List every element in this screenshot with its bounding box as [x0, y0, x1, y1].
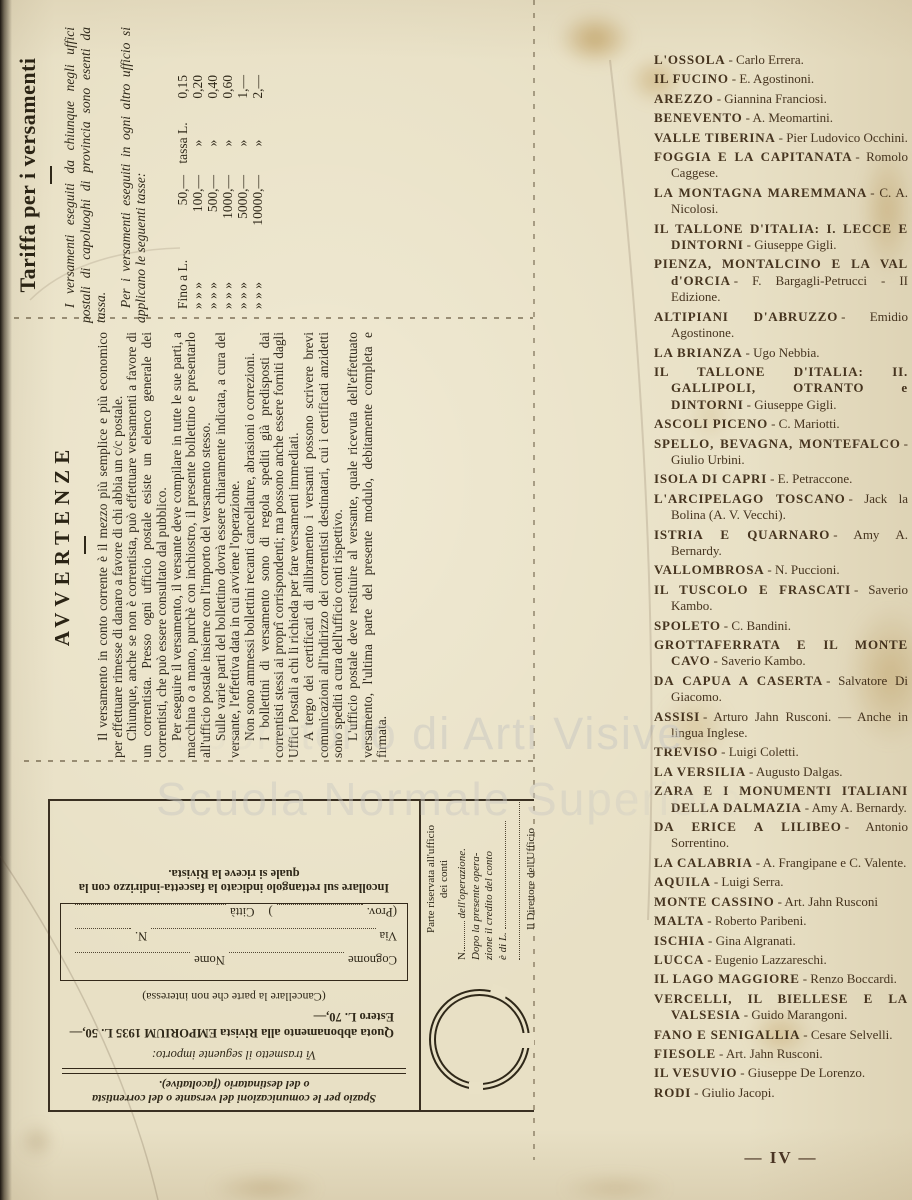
entry-title: L'ARCIPELAGO TOSCANO [654, 491, 846, 506]
entry-author: - Arturo Jahn Rusconi. — Anche in lingua… [671, 709, 908, 740]
entry-title: VALLOMBROSA [654, 562, 764, 577]
entry-title: BENEVENTO [654, 110, 743, 125]
stamp-gap [469, 1082, 483, 1094]
dotted-leader [229, 952, 344, 964]
credit-line-2: zione il credito del conto [483, 798, 496, 960]
catalog-entry: LA CALABRIA- A. Frangipane e C. Valente. [654, 855, 908, 871]
quota-line: Quota abbonamento alla Rivista EMPORIUM … [48, 1025, 394, 1040]
n-label: N. [456, 949, 468, 960]
catalog-entry: LA MONTAGNA MAREMMANA- C. A. Nicolosi. [654, 185, 908, 218]
dotted-line [510, 798, 524, 960]
entry-title: SPELLO, BEVAGNA, MONTEFALCO [654, 436, 901, 451]
entry-title: ISCHIA [654, 933, 705, 948]
entry-author: - Ugo Nebbia. [746, 345, 820, 360]
stain [190, 1168, 340, 1200]
tariff-title: Tariffa per i versamenti [15, 25, 41, 325]
tariff-tax-label: » [250, 111, 265, 175]
entry-title: SPOLETO [654, 618, 721, 633]
heading-rule [84, 536, 86, 554]
catalog-entry: RODI- Giulio Jacopi. [654, 1085, 908, 1101]
catalog-entry: AREZZO- Giannina Franciosi. [654, 91, 908, 107]
entry-title: L'OSSOLA [654, 52, 725, 67]
spazio-line-1: Spazio per le comunicazioni del versante… [48, 1092, 420, 1106]
catalog-entry: DA CAPUA A CASERTA- Salvatore Di Giacomo… [654, 673, 908, 706]
entry-title: MALTA [654, 913, 704, 928]
tariff-range-label: » » » [220, 237, 235, 309]
cancellare-note: (Cancellare la parte che non interessa) [48, 989, 420, 1004]
catalog-entry: IL TUSCOLO E FRASCATI- Saverio Kambo. [654, 582, 908, 615]
tariff-tax-label: » [220, 111, 235, 175]
tariff-amount: 50,— [175, 175, 190, 237]
entry-title: MONTE CASSINO [654, 894, 775, 909]
catalog-entry: SPELLO, BEVAGNA, MONTEFALCO- Giulio Urbi… [654, 436, 908, 469]
catalog-column: L'OSSOLA- Carlo Errera. IL FUCINO- E. Ag… [654, 52, 908, 1104]
avvertenze-paragraph: Il versamento in conto corrente è il mez… [96, 332, 125, 758]
entry-author: - Pier Ludovico Occhini. [779, 130, 908, 145]
scanned-page: Tariffa per i versamenti I versamenti es… [0, 0, 912, 1200]
estero-line: Estero L. 70,— [48, 1009, 394, 1024]
dotted-leader [75, 928, 131, 940]
dotted-leader [277, 904, 363, 916]
tariff-tax-value: 1,— [235, 75, 250, 111]
address-row-name: Cognome Nome [71, 952, 397, 976]
entry-title: ALTIPIANI D'ABRUZZO [654, 309, 838, 324]
catalog-entry: IL TALLONE D'ITALIA: II. GALLIPOLI, OTRA… [654, 364, 908, 413]
form-communications-heading: Spazio per le comunicazioni del versante… [48, 1078, 420, 1105]
entry-author: - Saverio Kambo. [714, 653, 806, 668]
entry-author: - Eugenio Lazzareschi. [707, 952, 826, 967]
tariff-tax-label: » [190, 111, 205, 175]
catalog-entry: FIESOLE- Art. Jahn Rusconi. [654, 1046, 908, 1062]
entry-title: ISOLA DI CAPRI [654, 471, 767, 486]
stain [14, 1118, 60, 1164]
scan-edge-shadow [0, 0, 12, 1200]
tariff-range-label: » » » [190, 237, 205, 309]
receipt-header-1: Parte riservata all'ufficio [425, 798, 438, 960]
entry-author: - Guido Marangoni. [744, 1007, 848, 1022]
entry-title: VALLE TIBERINA [654, 130, 776, 145]
subscription-form: Spazio per le comunicazioni del versante… [48, 800, 420, 1112]
numero-label: N. [135, 928, 147, 943]
entry-title: FOGGIA E LA CAPITANATA [654, 149, 852, 164]
catalog-entry: FOGGIA E LA CAPITANATA- Romolo Caggese. [654, 149, 908, 182]
catalog-entry: MALTA- Roberto Paribeni. [654, 913, 908, 929]
address-box: Cognome Nome Via N. (Prov. ) Città [60, 903, 408, 981]
entry-title: IL TUSCOLO E FRASCATI [654, 582, 851, 597]
operazione-label: dell'operazione. [456, 848, 468, 918]
page-number: — IV — [654, 1148, 908, 1168]
entry-author: - Luigi Serra. [714, 874, 784, 889]
entry-title: LA VERSILIA [654, 764, 746, 779]
catalog-entry: GROTTAFERRATA E IL MONTE CAVO- Saverio K… [654, 637, 908, 670]
tariff-tax-label: » [235, 111, 250, 175]
catalog-entry: MONTE CASSINO- Art. Jahn Rusconi [654, 894, 908, 910]
entry-author: - Art. Jahn Rusconi. [719, 1046, 823, 1061]
tariff-row: » » » 100,— » 0,20 [190, 25, 205, 309]
catalog-entry: DA ERICE A LILIBEO- Antonio Sorrentino. [654, 819, 908, 852]
tariff-tax-value: 2,— [250, 75, 265, 111]
tariff-tax-value: 0,15 [175, 75, 190, 111]
entry-title: RODI [654, 1085, 691, 1100]
entry-title: TREVISO [654, 744, 718, 759]
incollare-line-1: Incollare sul rettangolo indicato la fas… [48, 881, 420, 895]
tariff-amount: 5000,— [235, 175, 250, 237]
entry-title: AREZZO [654, 91, 714, 106]
receipt-header-2: dei conti [438, 798, 451, 960]
entry-author: - Luigi Coletti. [721, 744, 799, 759]
entry-title: LA MONTAGNA MAREMMANA [654, 185, 867, 200]
tariff-tax-value: 0,40 [205, 75, 220, 111]
entry-author: - Gina Algranati. [708, 933, 796, 948]
entry-author: - E. Agostinoni. [732, 71, 814, 86]
incollare-note: Incollare sul rettangolo indicato la fas… [48, 867, 420, 894]
dotted-leader [455, 921, 465, 949]
incollare-line-2: quale si riceve la Rivista. [48, 867, 420, 881]
perforation-line-middle [24, 760, 533, 762]
spazio-line-2: o del destinatario (facoltative). [48, 1078, 420, 1092]
catalog-entry: LA BRIANZA- Ugo Nebbia. [654, 345, 908, 361]
e-di-l-label: è di L. [497, 932, 509, 960]
tariff-row: » » » 500,— » 0,40 [205, 25, 220, 309]
entry-author: - Roberto Paribeni. [707, 913, 806, 928]
entry-author: - C. Bandini. [724, 618, 791, 633]
tariff-tax-value: 0,20 [190, 75, 205, 111]
entry-title: FIESOLE [654, 1046, 716, 1061]
catalog-entry: BENEVENTO- A. Meomartini. [654, 110, 908, 126]
entry-author: - Giuseppe Gigli. [747, 237, 837, 252]
avvertenze-paragraph: Sulle varie parti del bollettino dovrà e… [214, 332, 243, 758]
tariff-range-label: » » » [235, 237, 250, 309]
tariff-amount: 500,— [205, 175, 220, 237]
nome-label: Nome [194, 952, 225, 967]
credit-line-1: Dopo la presente opera- [470, 798, 483, 960]
entry-title: ASSISI [654, 709, 700, 724]
entry-author: - Carlo Errera. [728, 52, 803, 67]
avvertenze-paragraph: A tergo dei certificati di allibramento … [302, 332, 346, 758]
direttore-signature: Il Direttore dell'Ufficio [525, 798, 538, 960]
tariff-intro-1: I versamenti eseguiti da chiunque negli … [62, 27, 109, 323]
dotted-leader [75, 952, 190, 964]
entry-author: - A. Frangipane e C. Valente. [756, 855, 907, 870]
entry-title: ASCOLI PICENO [654, 416, 768, 431]
entry-author: - Renzo Boccardi. [803, 971, 897, 986]
entry-title: DA ERICE A LILIBEO [654, 819, 842, 834]
stain [545, 3, 645, 75]
tariff-intro-2: Per i versamenti eseguiti in ogni altro … [118, 27, 149, 323]
tariff-table: Fino a L. 50,— tassa L. 0,15 » » » 100,—… [175, 25, 265, 309]
avvertenze-paragraph: Non sono ammessi bollettini recanti canc… [243, 332, 258, 758]
operation-number-line: N. dell'operazione. [455, 798, 469, 960]
catalog-entry: ISTRIA E QUARNARO- Amy A. Bernardy. [654, 527, 908, 560]
entry-author: - Giulio Jacopi. [694, 1085, 775, 1100]
entry-title: LA CALABRIA [654, 855, 753, 870]
catalog-entry: L'OSSOLA- Carlo Errera. [654, 52, 908, 68]
tariff-range-label: » » » [205, 237, 220, 309]
citta-label: Città [230, 904, 255, 919]
prov-label: (Prov. [367, 904, 397, 919]
receipt-stub: Parte riservata all'ufficio dei conti N.… [423, 795, 533, 1112]
entry-author: - C. Mariotti. [771, 416, 840, 431]
stain [540, 1170, 690, 1200]
credit-line-3: è di L. [496, 798, 510, 960]
tariff-row: » » » 5000,— » 1,— [235, 25, 250, 309]
cognome-label: Cognome [348, 952, 397, 967]
entry-author: - Art. Jahn Rusconi [778, 894, 878, 909]
entry-title: LA BRIANZA [654, 345, 743, 360]
catalog-entry: ZARA E I MONUMENTI ITALIANI DELLA DALMAZ… [654, 783, 908, 816]
avvertenze-paragraph: I bollettini di versamento sono di regol… [258, 332, 302, 758]
entry-title: DA CAPUA A CASERTA [654, 673, 823, 688]
catalog-entry: SPOLETO- C. Bandini. [654, 618, 908, 634]
entry-title: FANO E SENIGALLIA [654, 1027, 800, 1042]
catalog-entry: L'ARCIPELAGO TOSCANO- Jack la Bolina (A.… [654, 491, 908, 524]
catalog-entry: VALLOMBROSA- N. Puccioni. [654, 562, 908, 578]
tariff-tax-label: » [205, 111, 220, 175]
entry-title: IL FUCINO [654, 71, 729, 86]
dotted-leader [496, 821, 506, 929]
catalog-entry: IL VESUVIO- Giuseppe De Lorenzo. [654, 1065, 908, 1081]
catalog-entry: IL FUCINO- E. Agostinoni. [654, 71, 908, 87]
tariff-amount: 10000,— [250, 175, 265, 237]
avvertenze-paragraph: Per eseguire il versamento, il versante … [170, 332, 214, 758]
stamp-circle [429, 989, 530, 1090]
entry-author: - E. Petraccone. [770, 471, 852, 486]
tariff-row: » » » 10000,— » 2,— [250, 25, 265, 309]
entry-author: - Giannina Franciosi. [717, 91, 827, 106]
address-row-street: Via N. [71, 928, 397, 952]
avvertenze-heading: AVVERTENZE [50, 332, 75, 758]
catalog-entry: ALTIPIANI D'ABRUZZO- Emidio Agostinone. [654, 309, 908, 342]
avvertenze-body: Il versamento in conto corrente è il mez… [96, 332, 390, 758]
dotted-leader [75, 904, 226, 916]
tariff-tax-label: tassa L. [175, 111, 190, 175]
avvertenze-panel: AVVERTENZE Il versamento in conto corren… [50, 332, 528, 758]
tariff-row: » » » 1000,— » 0,60 [220, 25, 235, 309]
catalog-entry: ISOLA DI CAPRI- E. Petraccone. [654, 471, 908, 487]
stamp-gap [522, 1033, 534, 1048]
entry-author: - Giuseppe Gigli. [747, 397, 837, 412]
title-rule [50, 166, 52, 184]
entry-author: - Giuseppe De Lorenzo. [740, 1065, 865, 1080]
double-rule [62, 1068, 406, 1074]
page-divider-dashed [533, 0, 535, 1160]
catalog-entry: LA VERSILIA- Augusto Dalgas. [654, 764, 908, 780]
tariff-range-label: » » » [250, 237, 265, 309]
prov-paren: ) [268, 904, 272, 919]
entry-title: AQUILA [654, 874, 711, 889]
via-label: Via [380, 928, 397, 943]
entry-title: IL LAGO MAGGIORE [654, 971, 800, 986]
address-row-city: (Prov. ) Città [71, 904, 397, 928]
entry-author: - Augusto Dalgas. [749, 764, 843, 779]
dotted-leader [510, 802, 520, 960]
entry-title: ISTRIA E QUARNARO [654, 527, 830, 542]
tariff-amount: 1000,— [220, 175, 235, 237]
avvertenze-paragraph: L'ufficio postale deve restituire al ver… [346, 332, 390, 758]
catalog-entry: FANO E SENIGALLIA- Cesare Selvelli. [654, 1027, 908, 1043]
catalog-entry: IL TALLONE D'ITALIA: I. LECCE E DINTORNI… [654, 221, 908, 254]
entry-title: IL VESUVIO [654, 1065, 737, 1080]
dotted-leader [151, 928, 375, 940]
catalog-entry: TREVISO- Luigi Coletti. [654, 744, 908, 760]
catalog-entry: PIENZA, MONTALCINO E LA VAL d'ORCIA- F. … [654, 256, 908, 305]
tariff-range-label: Fino a L. [175, 237, 190, 309]
catalog-entry: IL LAGO MAGGIORE- Renzo Boccardi. [654, 971, 908, 987]
importo-line: Vi trasmetto il seguente importo: [48, 1047, 420, 1062]
catalog-entry: VALLE TIBERINA- Pier Ludovico Occhini. [654, 130, 908, 146]
entry-author: - N. Puccioni. [767, 562, 839, 577]
tariff-panel: Tariffa per i versamenti I versamenti es… [15, 25, 310, 325]
catalog-entry: ASSISI- Arturo Jahn Rusconi. — Anche in … [654, 709, 908, 742]
entry-title: LUCCA [654, 952, 704, 967]
entry-author: - Amy A. Bernardy. [805, 800, 907, 815]
catalog-entry: VERCELLI, IL BIELLESE E LA VALSESIA- Gui… [654, 991, 908, 1024]
catalog-entry: AQUILA- Luigi Serra. [654, 874, 908, 890]
catalog-entry: LUCCA- Eugenio Lazzareschi. [654, 952, 908, 968]
tariff-tax-value: 0,60 [220, 75, 235, 111]
receipt-text: Parte riservata all'ufficio dei conti N.… [425, 798, 539, 960]
tariff-amount: 100,— [190, 175, 205, 237]
catalog-entry: ISCHIA- Gina Algranati. [654, 933, 908, 949]
entry-author: - Cesare Selvelli. [803, 1027, 892, 1042]
entry-author: - A. Meomartini. [746, 110, 833, 125]
catalog-entry: ASCOLI PICENO- C. Mariotti. [654, 416, 908, 432]
tariff-row: Fino a L. 50,— tassa L. 0,15 [175, 25, 190, 309]
avvertenze-paragraph: Chiunque, anche se non è correntista, pu… [125, 332, 169, 758]
stamp-circle-inner [434, 994, 525, 1085]
